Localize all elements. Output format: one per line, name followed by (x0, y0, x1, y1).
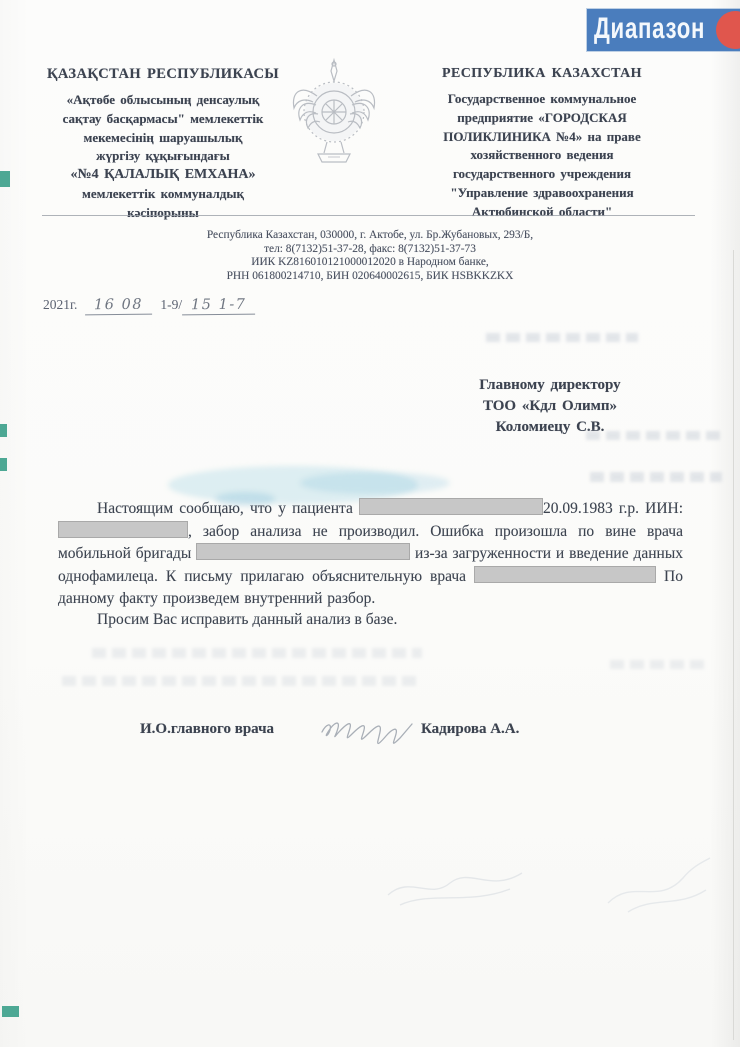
letterhead-russian-line: ПОЛИКЛИНИКА №4» на праве (406, 128, 678, 147)
diapazon-logo: Диапазон (587, 9, 740, 51)
reference-index: 1-9/ (160, 297, 182, 312)
body-text: 20.09.1983 г.р. ИИН: (543, 500, 683, 517)
letterhead-kazakh-line: «Ақтөбе облысының денсаулық (38, 91, 288, 110)
addressee-line: ТОО «Кдл Олимп» (455, 396, 645, 417)
scan-artifact-green-mark (0, 171, 10, 187)
scan-artifact-green-mark (0, 458, 7, 471)
letterhead-russian-title: РЕСПУБЛИКА КАЗАХСТАН (406, 66, 678, 82)
handwritten-date: 16 08 (85, 297, 152, 316)
contact-block: Республика Казахстан, 030000, г. Актобе,… (0, 229, 740, 283)
bleed-through-text (586, 431, 726, 440)
letterhead-kazakh-line: мекемесінің шаруашылық (38, 129, 288, 148)
pencil-scribble-icon (598, 848, 718, 918)
signatory-title: И.О.главного врача (140, 721, 274, 738)
letterhead-russian: РЕСПУБЛИКА КАЗАХСТАН Государственное ком… (406, 66, 678, 222)
letterhead-divider (42, 215, 695, 216)
contact-line: ИИК KZ816010121000012020 в Народном банк… (0, 256, 740, 270)
letterhead-russian-line: Актюбинской области" (406, 203, 678, 222)
letterhead-kazakh-line: мемлекеттік коммуналдық (38, 185, 288, 204)
handwritten-number: 15 1-7 (182, 297, 256, 316)
addressee-line: Главному директору (455, 375, 645, 396)
bleed-through-text (62, 676, 420, 686)
kazakhstan-emblem-icon (283, 56, 385, 172)
redaction-box (474, 566, 656, 583)
reference-line: 2021г.16 081-9/15 1-7 (43, 297, 256, 315)
letterhead-kazakh: ҚАЗАҚСТАН РЕСПУБЛИКАСЫ «Ақтөбе облысының… (38, 66, 288, 223)
letterhead-russian-line: государственного учреждения (406, 165, 678, 184)
reference-year: 2021г. (43, 297, 77, 312)
bleed-through-text (92, 648, 422, 658)
contact-line: РНН 061800214710, БИН 020640002615, БИК … (0, 270, 740, 284)
bleed-through-text (486, 333, 638, 342)
diapazon-logo-circle-icon (716, 11, 740, 49)
pencil-scribble-icon (380, 855, 530, 910)
closing-line: Просим Вас исправить данный анализ в баз… (58, 611, 683, 629)
scan-artifact-green-mark (2, 1006, 19, 1017)
diapazon-logo-text: Диапазон (594, 12, 705, 46)
body-text: Настоящим сообщаю, что у пациента (97, 500, 359, 517)
letterhead-kazakh-line: жүргізу құқығындағы (38, 147, 288, 166)
letterhead-kazakh-line: кәсіпорыны (38, 204, 288, 223)
signatory-name: Кадирова А.А. (421, 721, 519, 738)
contact-line: Республика Казахстан, 030000, г. Актобе,… (0, 229, 740, 243)
letterhead-russian-line: "Управление здравоохранения (406, 184, 678, 203)
bleed-through-text (610, 660, 710, 669)
scanned-letter-page: Диапазон ҚАЗАҚСТАН РЕСПУБЛИКАСЫ «Ақтөбе … (0, 0, 740, 1047)
scan-edge-line (733, 250, 734, 1040)
redaction-box (196, 543, 410, 560)
letterhead-kazakh-title: ҚАЗАҚСТАН РЕСПУБЛИКАСЫ (38, 66, 288, 83)
redaction-box (58, 521, 188, 538)
letterhead-kazakh-line: сақтау басқармасы" мемлекеттік (38, 110, 288, 129)
contact-line: тел: 8(7132)51-37-28, факс: 8(7132)51-37… (0, 243, 740, 257)
body-paragraph: Настоящим сообщаю, что у пациента 20.09.… (58, 498, 683, 611)
addressee-block: Главному директору ТОО «Кдл Олимп» Колом… (455, 375, 645, 438)
letterhead-russian-line: хозяйственного ведения (406, 146, 678, 165)
stamp-residue-smudge (300, 472, 450, 494)
handwritten-signature-icon (316, 706, 420, 752)
letterhead-russian-line: предприятие «ГОРОДСКАЯ (406, 109, 678, 128)
letterhead-russian-line: Государственное коммунальное (406, 90, 678, 109)
redaction-box (359, 498, 543, 515)
bleed-through-text (590, 472, 722, 482)
letterhead-kazakh-line: «№4 ҚАЛАЛЫҚ ЕМХАНА» (38, 166, 288, 185)
scan-artifact-green-mark (0, 424, 7, 437)
